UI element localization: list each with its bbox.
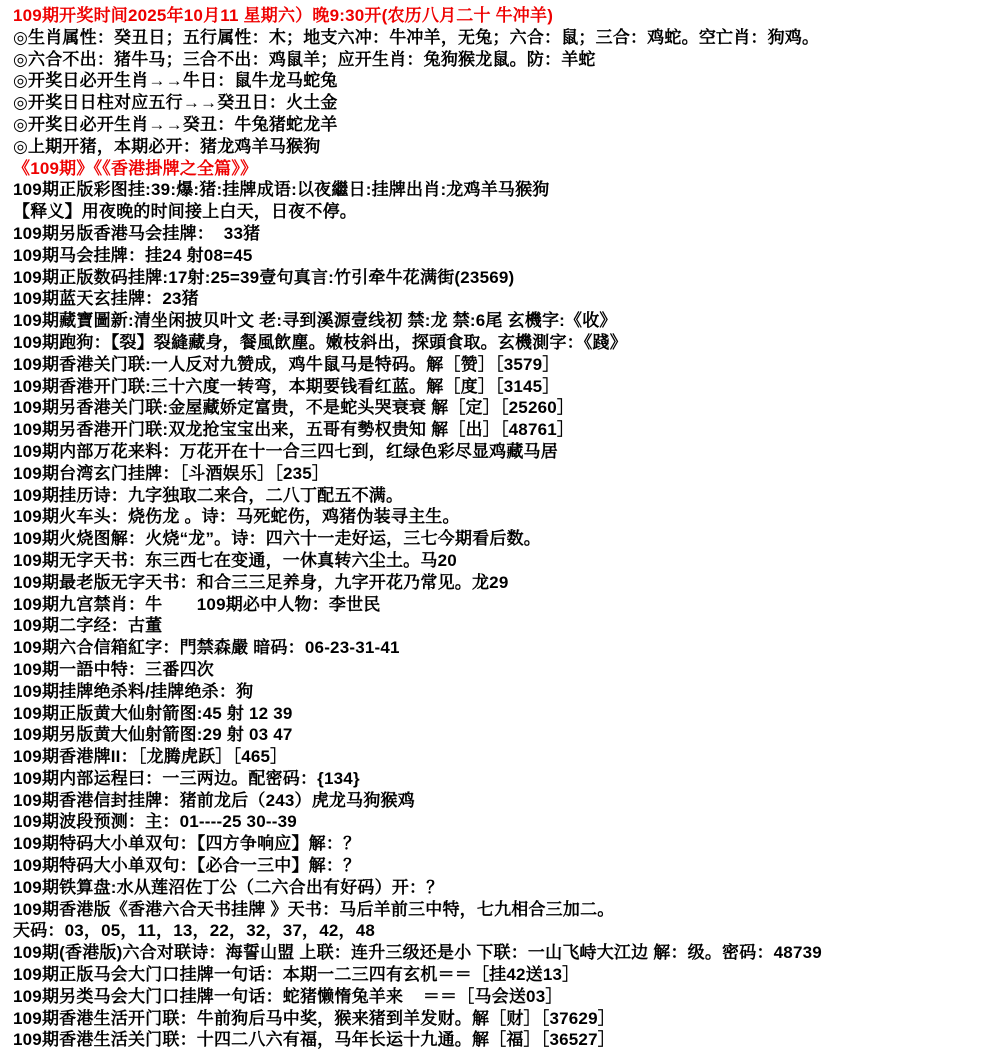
text-line-37: 109期香港信封挂牌：猪前龙后（243）虎龙马狗猴鸡 bbox=[13, 790, 1000, 812]
text-line-4: ◎开奖日必开生肖→→牛日：鼠牛龙马蛇兔 bbox=[13, 70, 1000, 92]
text-line-16: 109期跑狗：【裂】裂縫藏身，餐風飲塵。嫩枝斜出，探頭食取。玄機測字：《踐》 bbox=[13, 332, 1000, 354]
text-line-42: 109期香港版《香港六合天书挂牌 》天书：马后羊前三中特，七九相合三加二。 bbox=[13, 899, 1000, 921]
text-line-10: 【释义】用夜晚的时间接上白天，日夜不停。 bbox=[13, 201, 1000, 223]
text-line-20: 109期另香港开门联:双龙抢宝宝出来，五哥有勢权贵知 解［出］［48761］ bbox=[13, 419, 1000, 441]
text-line-13: 109期正版数码挂牌:17射:25=39壹句真言:竹引牵牛花满街(23569) bbox=[13, 267, 1000, 289]
text-line-14: 109期蓝天玄挂牌：23猪 bbox=[13, 288, 1000, 310]
text-line-35: 109期香港牌II：［龙腾虎跃］［465］ bbox=[13, 746, 1000, 768]
text-line-31: 109期一語中特：三番四次 bbox=[13, 659, 1000, 681]
text-line-28: 109期九宫禁肖：牛 109期必中人物：李世民 bbox=[13, 594, 1000, 616]
text-line-26: 109期无字天书：东三西七在变通，一休真转六尘土。马20 bbox=[13, 550, 1000, 572]
text-line-34: 109期另版黄大仙射箭图:29 射 03 47 bbox=[13, 724, 1000, 746]
text-line-33: 109期正版黄大仙射箭图:45 射 12 39 bbox=[13, 703, 1000, 725]
text-line-32: 109期挂牌绝杀料/挂牌绝杀：狗 bbox=[13, 681, 1000, 703]
text-line-40: 109期特码大小单双句：【必合一三中】解：？ bbox=[13, 855, 1000, 877]
text-line-47: 109期香港生活开门联：牛前狗后马中奖，猴来猪到羊发财。解［财］［37629］ bbox=[13, 1008, 1000, 1030]
text-line-15: 109期藏寶圖新:清坐闲披贝叶文 老:寻到溪源壹线初 禁:龙 禁:6尾 玄機字:… bbox=[13, 310, 1000, 332]
text-line-11: 109期另版香港马会挂牌： 33猪 bbox=[13, 223, 1000, 245]
text-line-21: 109期内部万花来料：万花开在十一合三四七到，红绿色彩尽显鸡藏马居 bbox=[13, 441, 1000, 463]
text-line-39: 109期特码大小单双句：【四方争响应】解：？ bbox=[13, 833, 1000, 855]
text-line-18: 109期香港开门联:三十六度一转弯，本期要钱看红蓝。解［度］［3145］ bbox=[13, 376, 1000, 398]
text-line-7: ◎上期开猪，本期必开：猪龙鸡羊马猴狗 bbox=[13, 136, 1000, 158]
text-line-38: 109期波段预测：主：01----25 30--39 bbox=[13, 811, 1000, 833]
text-line-17: 109期香港关门联:一人反对九赞成，鸡牛鼠马是特码。解［赞］［3579］ bbox=[13, 354, 1000, 376]
text-line-48: 109期香港生活关门联：十四二八六有福，马年长运十九通。解［福］［36527］ bbox=[13, 1029, 1000, 1051]
text-line-22: 109期台湾玄门挂牌：［斗酒娱乐］［235］ bbox=[13, 463, 1000, 485]
text-line-8: 《109期》《《香港掛牌之全篇》》 bbox=[13, 158, 1000, 180]
text-line-1: 109期开奖时间2025年10月11 星期六）晚9:30开(农历八月二十 牛冲羊… bbox=[13, 5, 1000, 27]
text-line-24: 109期火车头：烧伤龙 。诗：马死蛇伤，鸡猪伪装寻主生。 bbox=[13, 506, 1000, 528]
text-line-36: 109期内部运程曰：一三两边。配密码：{134} bbox=[13, 768, 1000, 790]
text-line-25: 109期火烧图解：火烧“龙”。诗：四六十一走好运，三七今期看后数。 bbox=[13, 528, 1000, 550]
text-line-5: ◎开奖日日柱对应五行→→癸丑日：火土金 bbox=[13, 92, 1000, 114]
text-line-45: 109期正版马会大门口挂牌一句话：本期一二三四有玄机＝＝［挂42送13］ bbox=[13, 964, 1000, 986]
text-line-27: 109期最老版无字天书：和合三三足养身，九字开花乃常见。龙29 bbox=[13, 572, 1000, 594]
text-line-9: 109期正版彩图挂:39:爆:猪:挂牌成语:以夜繼日:挂牌出肖:龙鸡羊马猴狗 bbox=[13, 179, 1000, 201]
text-line-12: 109期马会挂牌：挂24 射08=45 bbox=[13, 245, 1000, 267]
text-line-6: ◎开奖日必开生肖→→癸丑：牛兔猪蛇龙羊 bbox=[13, 114, 1000, 136]
text-line-23: 109期挂历诗：九字独取二来合，二八丁配五不满。 bbox=[13, 485, 1000, 507]
text-line-30: 109期六合信箱紅字：門禁森嚴 暗码：06-23-31-41 bbox=[13, 637, 1000, 659]
text-line-29: 109期二字经：古董 bbox=[13, 615, 1000, 637]
text-line-3: ◎六合不出：猪牛马；三合不出：鸡鼠羊；应开生肖：兔狗猴龙鼠。防：羊蛇 bbox=[13, 49, 1000, 71]
text-line-19: 109期另香港关门联:金屋藏娇定富贵，不是蛇头哭衰衰 解［定］［25260］ bbox=[13, 397, 1000, 419]
lottery-info-text-page: 109期开奖时间2025年10月11 星期六）晚9:30开(农历八月二十 牛冲羊… bbox=[13, 5, 1000, 1051]
text-line-2: ◎生肖属性：癸丑日；五行属性：木；地支六冲：牛冲羊，无兔；六合：鼠；三合：鸡蛇。… bbox=[13, 27, 1000, 49]
text-line-46: 109期另类马会大门口挂牌一句话：蛇猪懒惰兔羊来 ＝＝［马会送03］ bbox=[13, 986, 1000, 1008]
text-line-41: 109期铁算盘:水从莲沼佐丁公（二六合出有好码）开：？ bbox=[13, 877, 1000, 899]
text-line-44: 109期(香港版)六合对联诗：海誓山盟 上联：连升三级还是小 下联：一山飞峙大江… bbox=[13, 942, 1000, 964]
text-line-43: 天码：03，05，11，13，22，32，37，42，48 bbox=[13, 920, 1000, 942]
